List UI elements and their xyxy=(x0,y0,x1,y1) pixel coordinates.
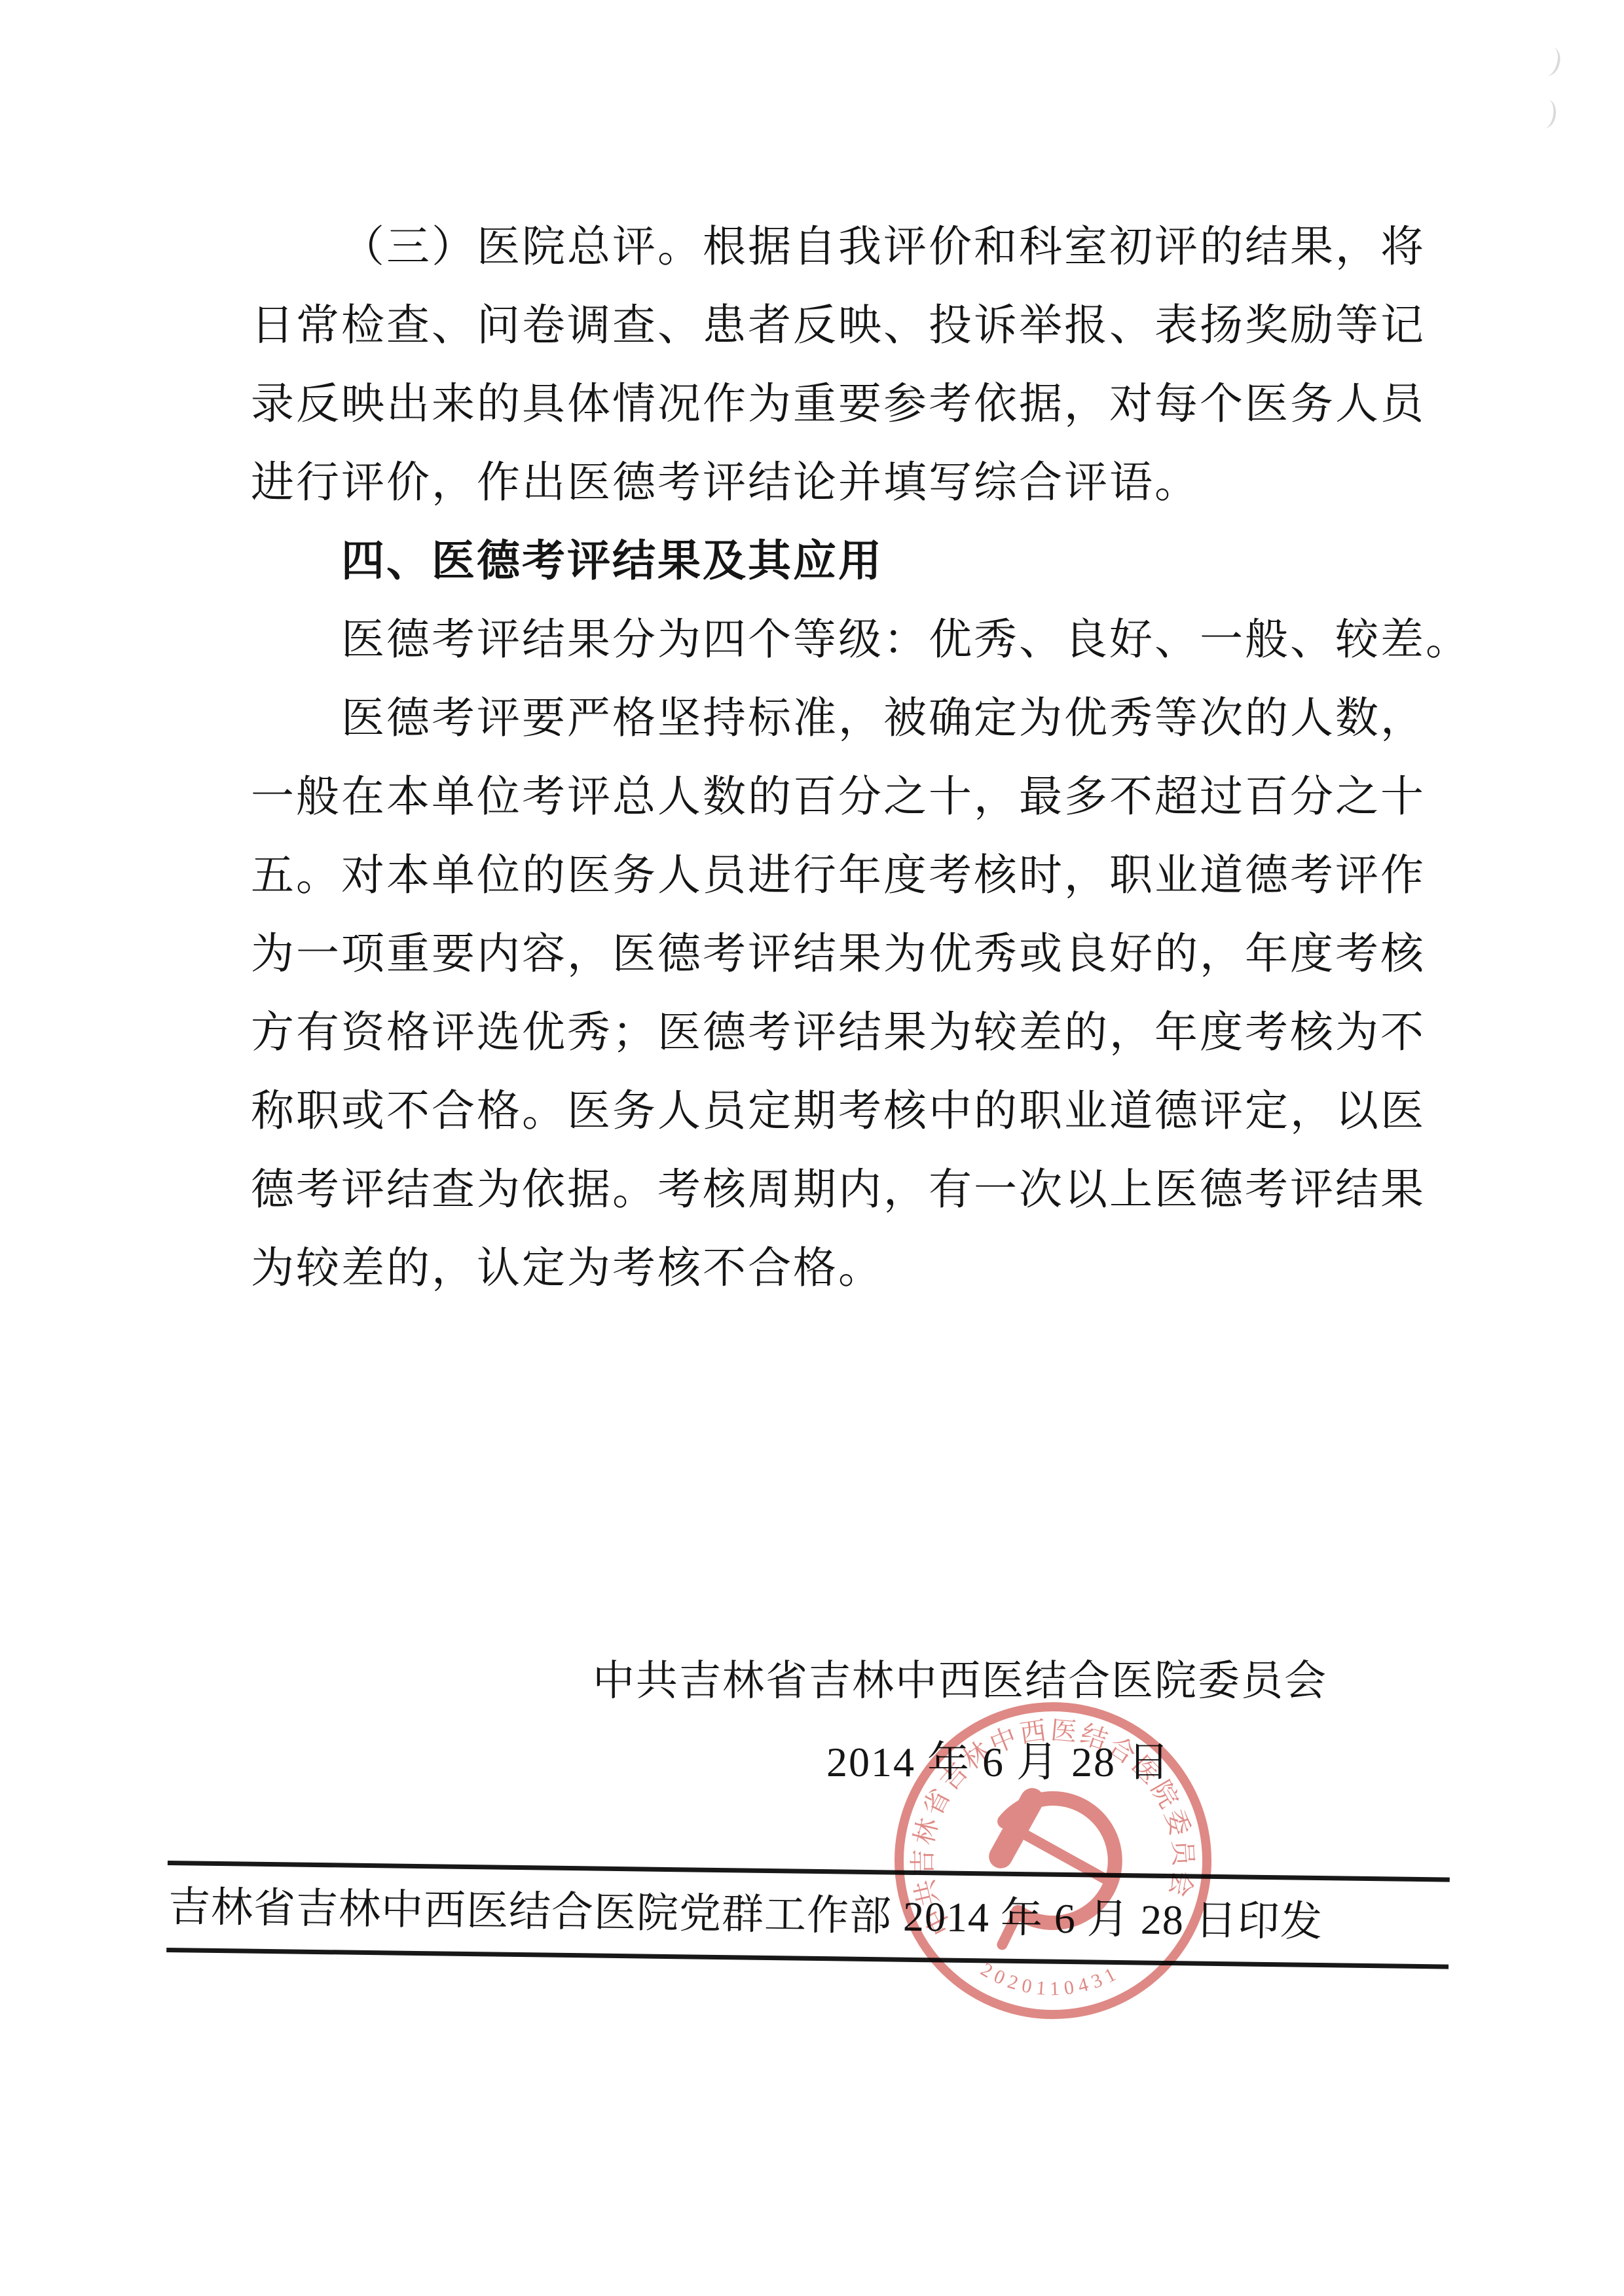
signature-committee: 中共吉林省吉林中西医结合医院委员会 xyxy=(593,1649,1327,1714)
body-line: 医德考评结果分为四个等级：优秀、良好、一般、较差。 xyxy=(251,601,1384,680)
body-line: 方有资格评选优秀；医德考评结果为较差的，年度考核为不 xyxy=(251,994,1384,1072)
body-line: 五。对本单位的医务人员进行年度考核时，职业道德考评作 xyxy=(251,837,1384,915)
body-line: 日常检查、问卷调查、患者反映、投诉举报、表扬奖励等记 xyxy=(251,287,1384,365)
body-line: 一般在本单位考评总人数的百分之十，最多不超过百分之十 xyxy=(251,758,1384,837)
body-text: （三）医院总评。根据自我评价和科室初评的结果，将 日常检查、问卷调查、患者反映、… xyxy=(251,208,1384,1308)
body-line: 医德考评要严格坚持标准，被确定为优秀等次的人数， xyxy=(251,680,1384,758)
imprint-text: 吉林省吉林中西医结合医院党群工作部 2014 年 6 月 28 日印发 xyxy=(166,1877,1449,1954)
body-line: 为一项重要内容，医德考评结果为优秀或良好的，年度考核 xyxy=(251,915,1384,994)
body-line: 德考评结查为依据。考核周期内，有一次以上医德考评结果 xyxy=(251,1151,1384,1230)
footer-rule-top xyxy=(168,1861,1450,1882)
document-page: （三）医院总评。根据自我评价和科室初评的结果，将 日常检查、问卷调查、患者反映、… xyxy=(0,0,1624,2296)
body-line: 录反映出来的具体情况作为重要参考依据，对每个医务人员 xyxy=(251,365,1384,444)
body-line: 称职或不合格。医务人员定期考核中的职业道德评定，以医 xyxy=(251,1072,1384,1151)
signature-date: 2014 年 6 月 28 日 xyxy=(826,1730,1171,1795)
scan-artifact xyxy=(1537,45,1563,78)
body-line: 进行评价，作出医德考评结论并填写综合评语。 xyxy=(251,444,1384,522)
body-line: 为较差的，认定为考核不合格。 xyxy=(251,1230,1384,1308)
scan-artifact xyxy=(1534,98,1558,130)
imprint-footer: 吉林省吉林中西医结合医院党群工作部 2014 年 6 月 28 日印发 xyxy=(166,1861,1450,1969)
section-heading: 四、医德考评结果及其应用 xyxy=(251,522,1384,601)
body-line: （三）医院总评。根据自我评价和科室初评的结果，将 xyxy=(251,208,1384,287)
